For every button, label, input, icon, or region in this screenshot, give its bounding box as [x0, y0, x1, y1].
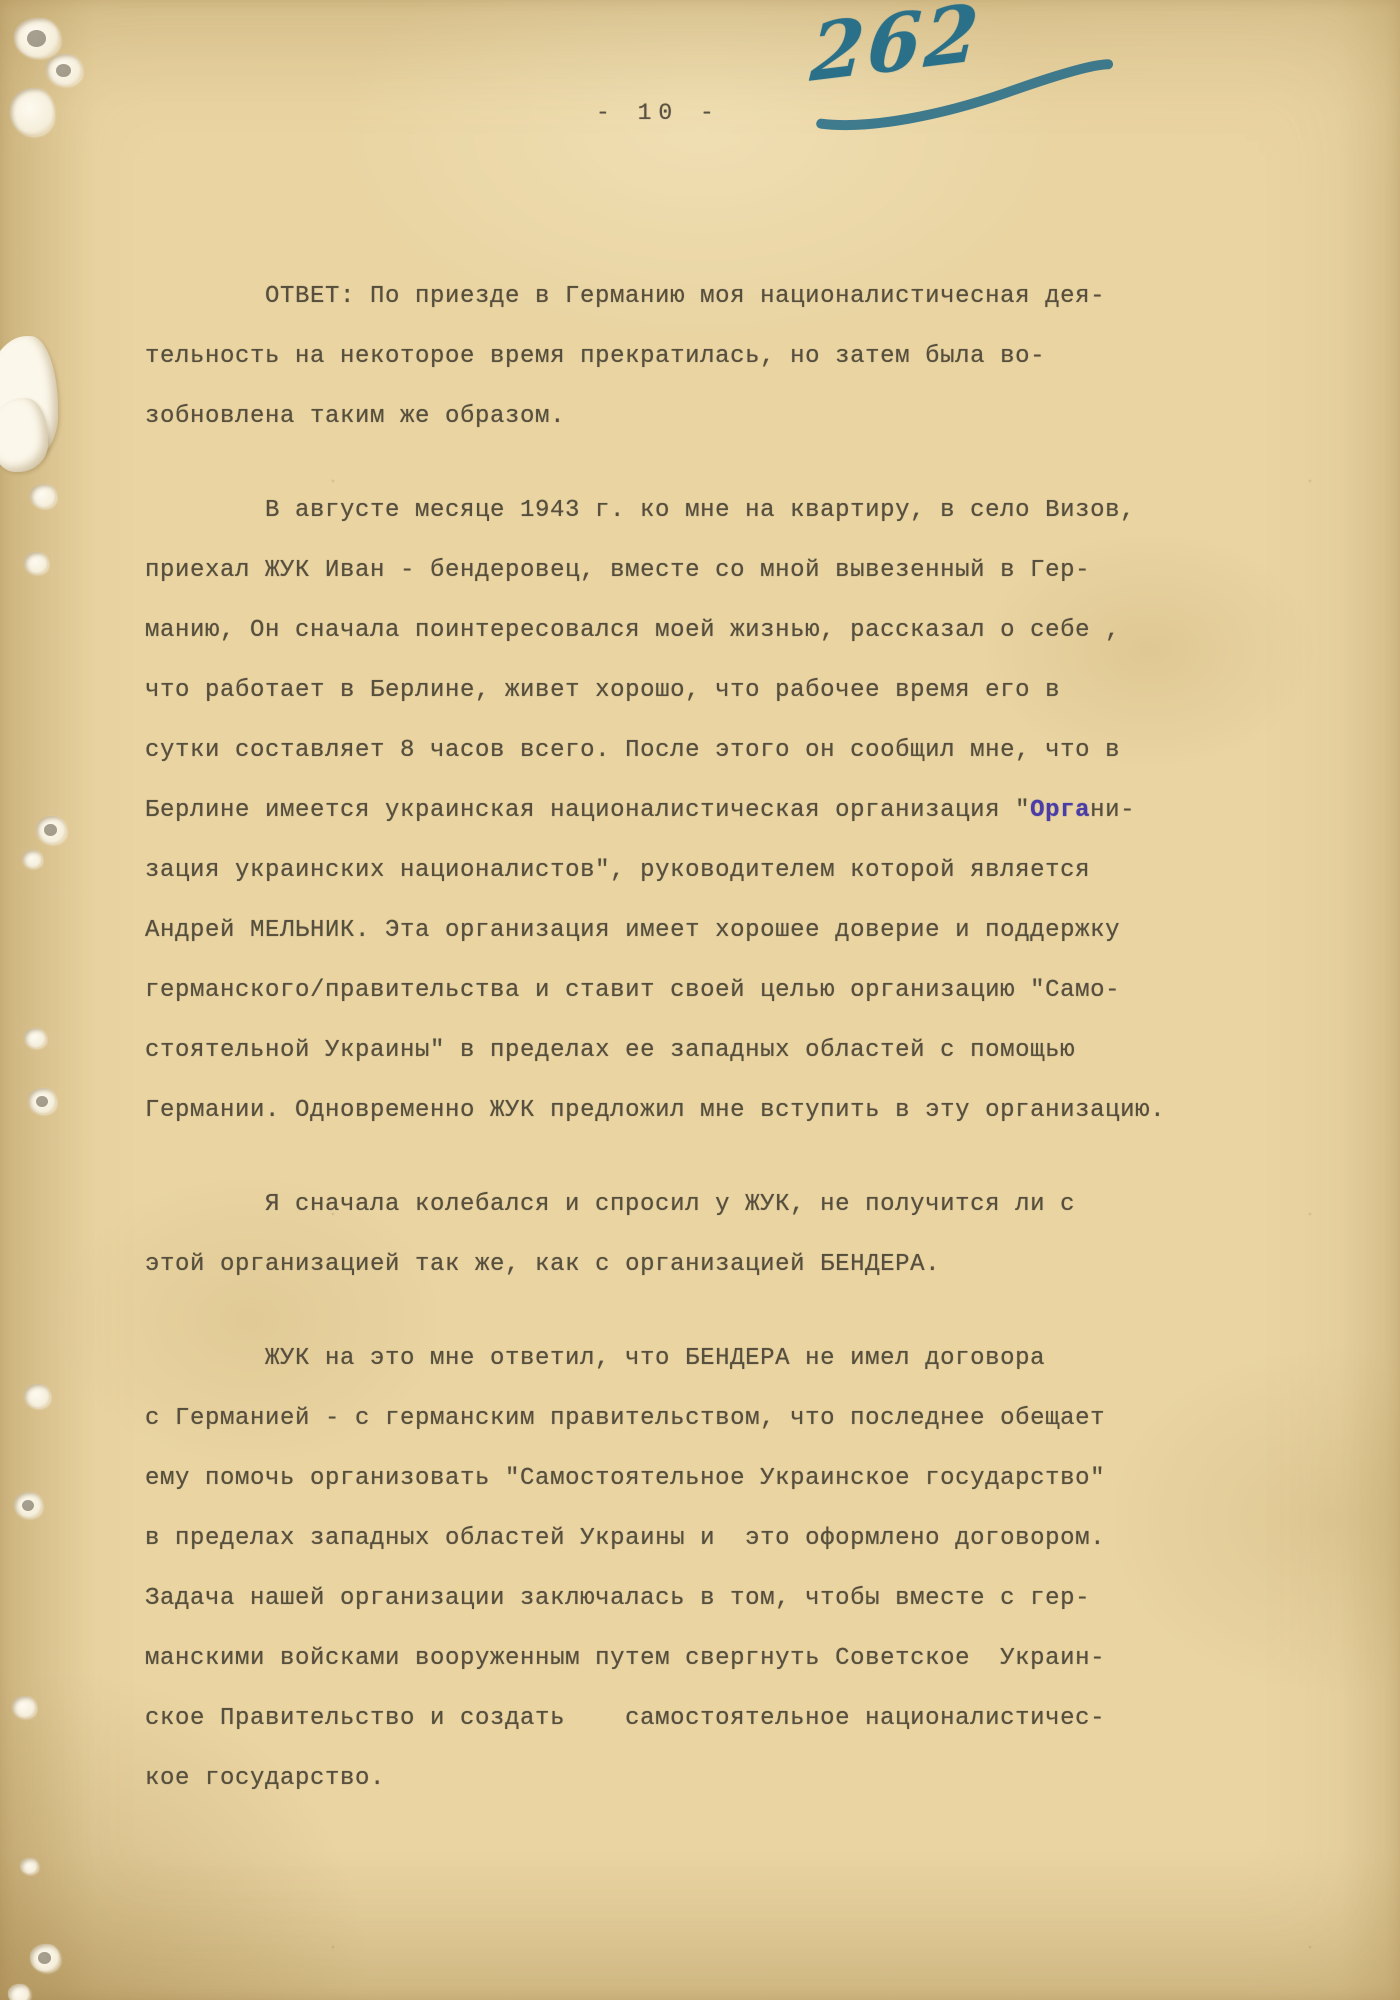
- text-line: зация украинских националистов", руковод…: [145, 841, 1285, 901]
- document-text: ОТВЕТ: По приезде в Германию моя национа…: [145, 267, 1285, 1809]
- punch-hole: [14, 18, 60, 58]
- text-line: В августе месяце 1943 г. ко мне на кварт…: [145, 481, 1285, 541]
- punch-hole: [20, 1858, 38, 1874]
- text-line: что работает в Берлине, живет хорошо, чт…: [145, 661, 1285, 721]
- punch-hole: [10, 88, 54, 136]
- text-line: ЖУК на это мне ответил, что БЕНДЕРА не и…: [145, 1329, 1285, 1389]
- torn-edge: [0, 398, 48, 472]
- text-line: зобновлена таким же образом.: [145, 387, 1285, 447]
- paragraph-2: В августе месяце 1943 г. ко мне на кварт…: [145, 481, 1285, 1141]
- handwritten-folio-number: 262: [806, 0, 1118, 134]
- punch-hole: [14, 1492, 42, 1518]
- text-line: кое государство.: [145, 1749, 1285, 1809]
- typed-segment: ни-: [1090, 797, 1135, 824]
- text-line: германского/правительства и ставит своей…: [145, 961, 1285, 1021]
- text-line: сутки составляет 8 часов всего. После эт…: [145, 721, 1285, 781]
- punch-hole: [24, 1384, 50, 1408]
- ink-overwrite: Орга: [1030, 797, 1090, 824]
- punch-hole: [36, 816, 66, 844]
- text-line: с Германией - с германским правительство…: [145, 1389, 1285, 1449]
- text-line: манию, Он сначала поинтересовался моей ж…: [145, 601, 1285, 661]
- text-line: этой организацией так же, как с организа…: [145, 1235, 1285, 1295]
- paragraph-1: ОТВЕТ: По приезде в Германию моя национа…: [145, 267, 1285, 447]
- text-line: Германии. Одновременно ЖУК предложил мне…: [145, 1081, 1285, 1141]
- text-line-with-ink-correction: Берлине имеется украинская националистич…: [145, 781, 1285, 841]
- punch-hole: [24, 1028, 46, 1048]
- punch-hole: [30, 1944, 60, 1972]
- text-line: ему помочь организовать "Самостоятельное…: [145, 1449, 1285, 1509]
- text-line: манскими войсками вооруженным путем свер…: [145, 1629, 1285, 1689]
- text-line: приехал ЖУК Иван - бендеровец, вместе со…: [145, 541, 1285, 601]
- punch-hole: [22, 850, 42, 868]
- page-number: - 10 -: [596, 100, 721, 126]
- punch-hole: [12, 1696, 36, 1718]
- text-line: в пределах западных областей Украины и э…: [145, 1509, 1285, 1569]
- punch-hole: [46, 54, 82, 86]
- typed-segment: Берлине имеется украинская националистич…: [145, 797, 1030, 824]
- text-line: ОТВЕТ: По приезде в Германию моя национа…: [145, 267, 1285, 327]
- punch-hole: [8, 1984, 30, 2000]
- punch-hole: [28, 1088, 56, 1114]
- text-line: Задача нашей организации заключалась в т…: [145, 1569, 1285, 1629]
- text-line: тельность на некоторое время прекратилас…: [145, 327, 1285, 387]
- text-line: Я сначала колебался и спросил у ЖУК, не …: [145, 1175, 1285, 1235]
- text-line: Андрей МЕЛЬНИК. Эта организация имеет хо…: [145, 901, 1285, 961]
- paragraph-4: ЖУК на это мне ответил, что БЕНДЕРА не и…: [145, 1329, 1285, 1809]
- text-line: стоятельной Украины" в пределах ее запад…: [145, 1021, 1285, 1081]
- paragraph-3: Я сначала колебался и спросил у ЖУК, не …: [145, 1175, 1285, 1295]
- scanned-document-page: 262 - 10 - ОТВЕТ: По приезде в Германию …: [0, 0, 1400, 2000]
- punch-hole: [30, 484, 56, 508]
- punch-hole: [24, 552, 48, 574]
- text-line: ское Правительство и создать самостоятел…: [145, 1689, 1285, 1749]
